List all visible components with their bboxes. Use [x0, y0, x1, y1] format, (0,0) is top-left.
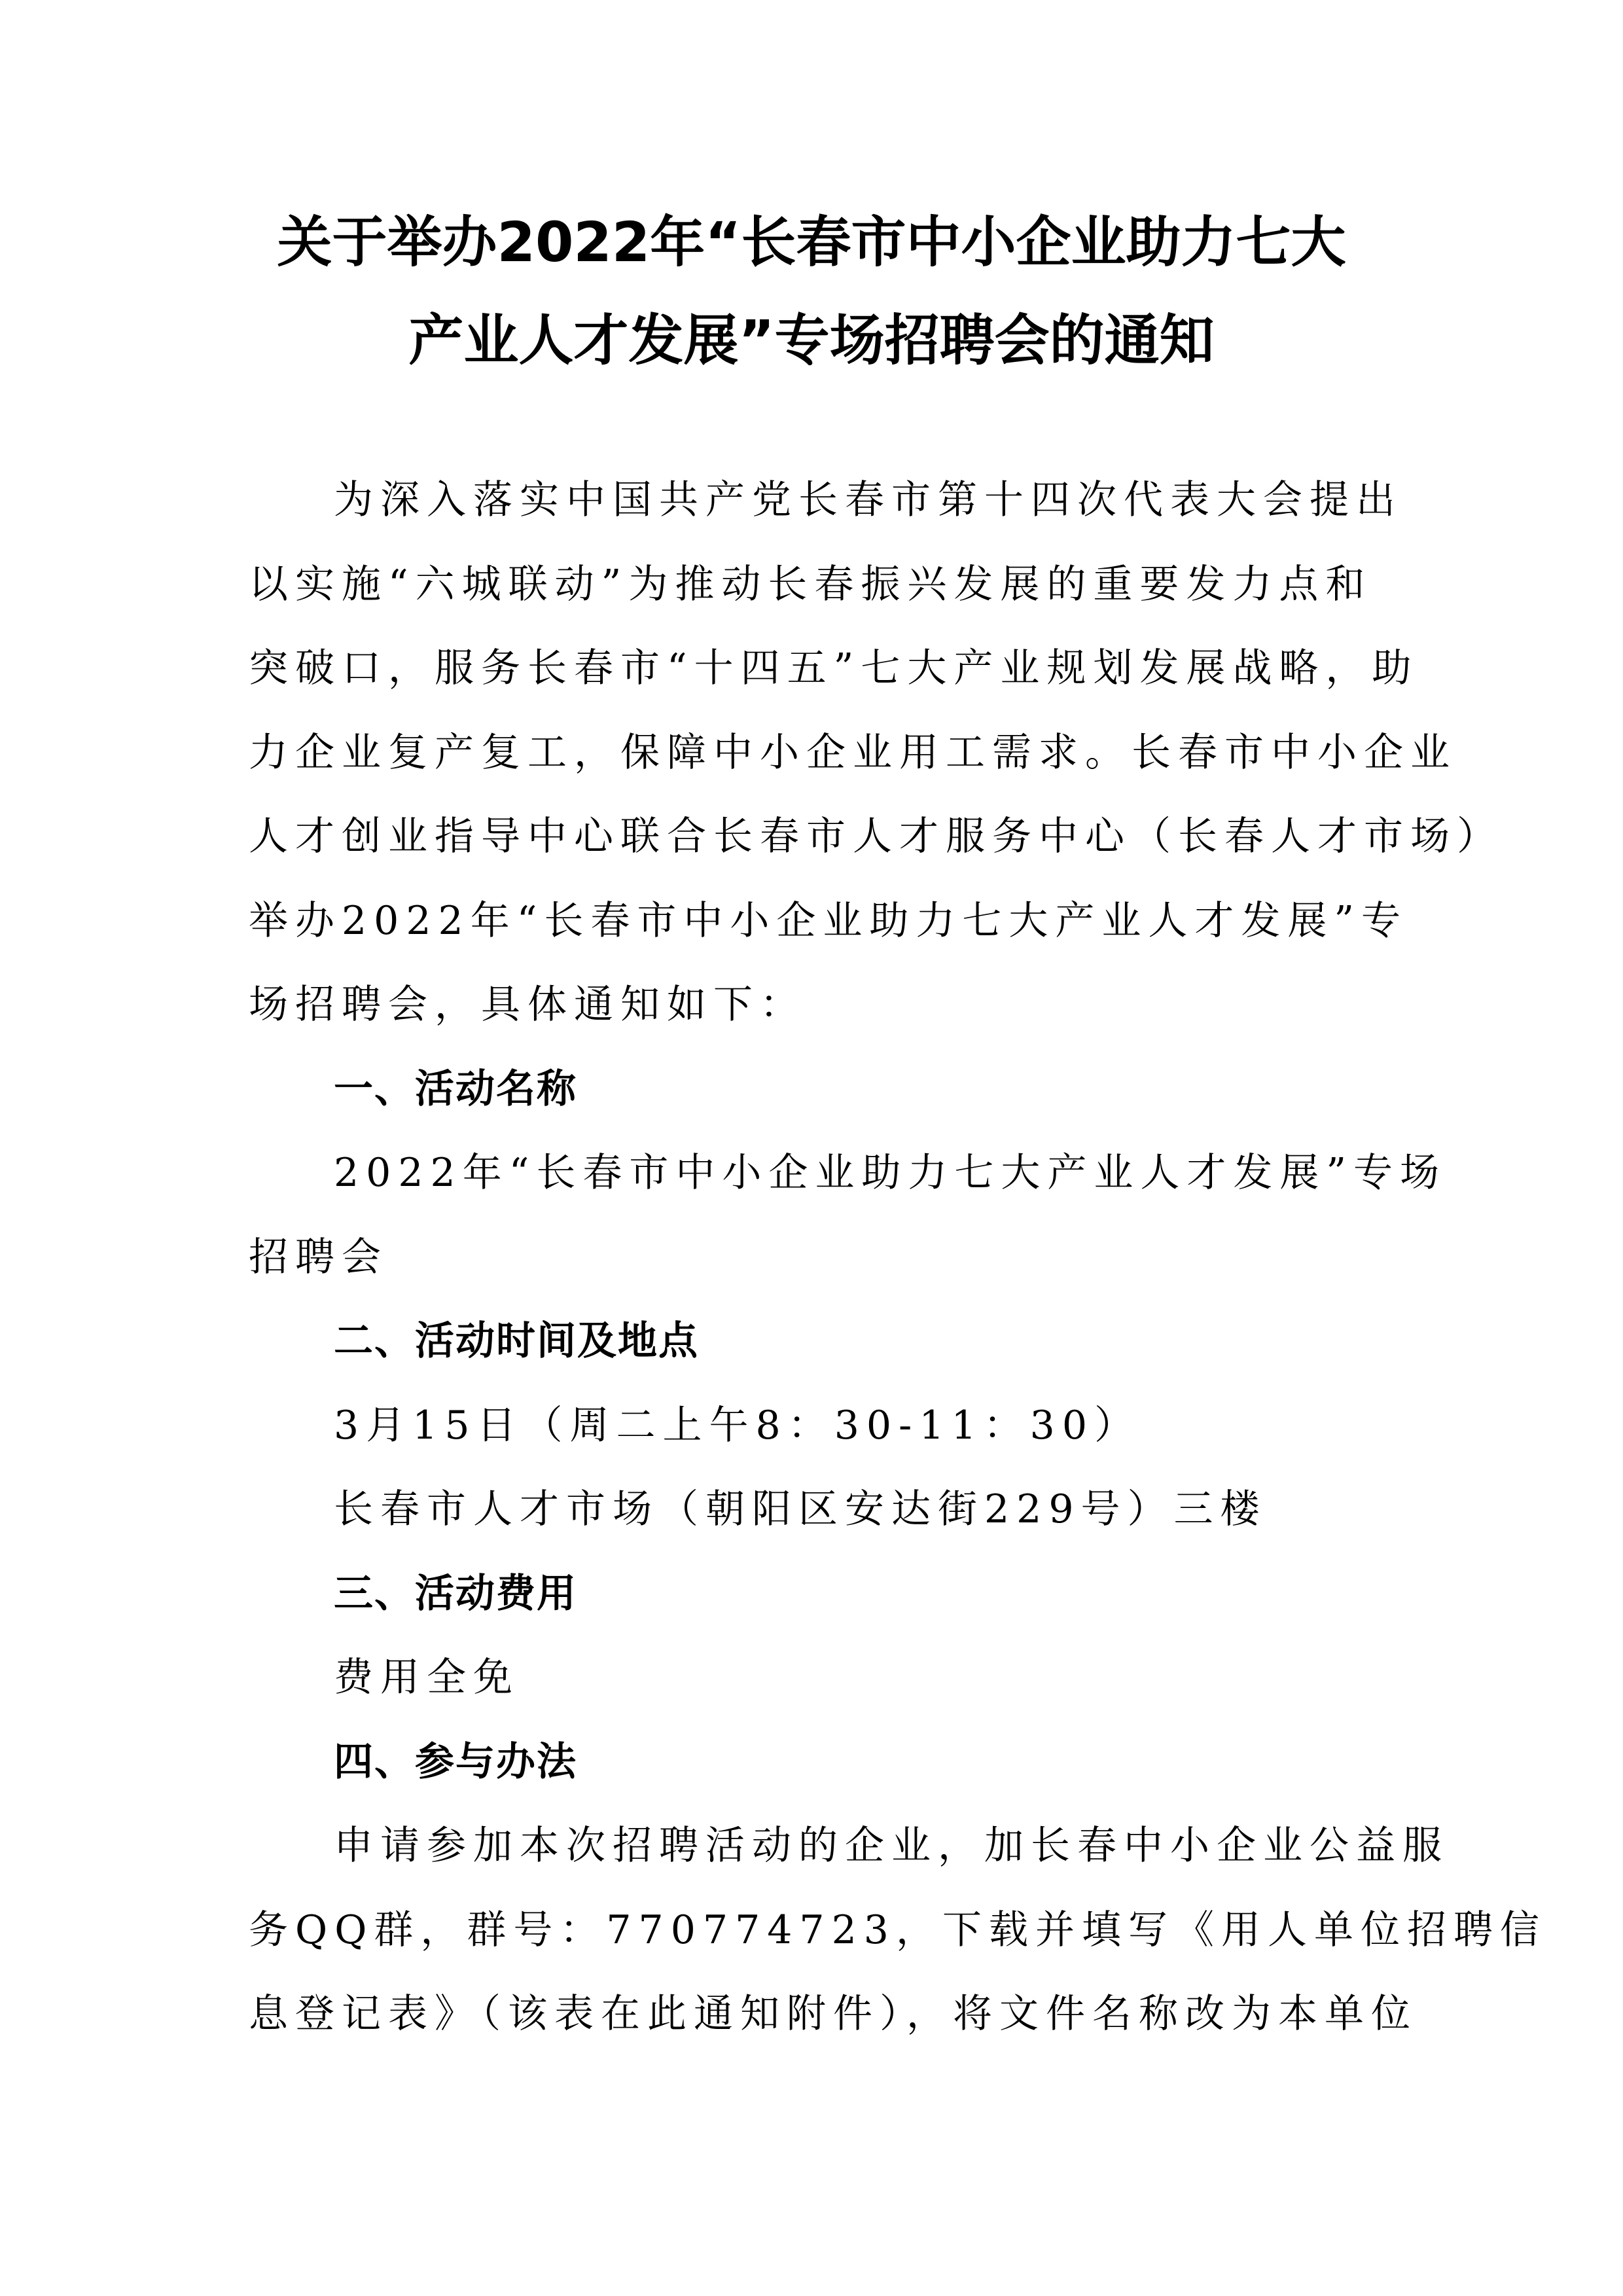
event-location: 长春市人才市场（朝阳区安达街229号）三楼	[249, 1467, 1381, 1552]
title-line-1: 关于举办2022年“长春市中小企业助力七大	[223, 193, 1400, 291]
intro-paragraph: 为深入落实中国共产党长春市第十四次代表大会提出 以实施“六城联动”为推动长春振兴…	[249, 458, 1381, 1047]
event-date-time: 3月15日（周二上午8：30-11：30）	[249, 1384, 1381, 1468]
intro-line: 突破口，服务长春市“十四五”七大产业规划发展战略，助	[249, 626, 1381, 711]
document-page: 关于举办2022年“长春市中小企业助力七大 产业人才发展”专场招聘会的通知 为深…	[0, 0, 1623, 2296]
intro-line: 以实施“六城联动”为推动长春振兴发展的重要发力点和	[249, 543, 1381, 627]
document-title: 关于举办2022年“长春市中小企业助力七大 产业人才发展”专场招聘会的通知	[223, 193, 1400, 389]
title-line-2: 产业人才发展”专场招聘会的通知	[223, 291, 1400, 389]
section-line: 申请参加本次招聘活动的企业，加长春中小企业公益服	[249, 1804, 1381, 1888]
intro-line: 力企业复产复工，保障中小企业用工需求。长春市中小企业	[249, 711, 1381, 795]
section-heading-time-location: 二、活动时间及地点	[249, 1299, 1381, 1384]
section-line: 务QQ群，群号：770774723，下载并填写《用人单位招聘信	[249, 1888, 1381, 1973]
document-body: 为深入落实中国共产党长春市第十四次代表大会提出 以实施“六城联动”为推动长春振兴…	[249, 458, 1381, 2056]
section-line: 2022年“长春市中小企业助力七大产业人才发展”专场	[249, 1131, 1381, 1215]
section-heading-participation: 四、参与办法	[249, 1720, 1381, 1804]
section-line: 息登记表》（该表在此通知附件），将文件名称改为本单位	[249, 1972, 1381, 2056]
section-heading-activity-name: 一、活动名称	[249, 1047, 1381, 1132]
section-heading-fee: 三、活动费用	[249, 1552, 1381, 1636]
intro-line: 为深入落实中国共产党长春市第十四次代表大会提出	[249, 458, 1381, 543]
section-line: 招聘会	[249, 1215, 1381, 1300]
intro-line: 人才创业指导中心联合长春市人才服务中心（长春人才市场）	[249, 795, 1381, 879]
intro-line: 场招聘会，具体通知如下：	[249, 963, 1381, 1047]
event-fee: 费用全免	[249, 1636, 1381, 1720]
section-participation-body: 申请参加本次招聘活动的企业，加长春中小企业公益服 务QQ群，群号：7707747…	[249, 1804, 1381, 2056]
section-activity-name-body: 2022年“长春市中小企业助力七大产业人才发展”专场 招聘会	[249, 1131, 1381, 1299]
intro-line: 举办2022年“长春市中小企业助力七大产业人才发展”专	[249, 879, 1381, 963]
